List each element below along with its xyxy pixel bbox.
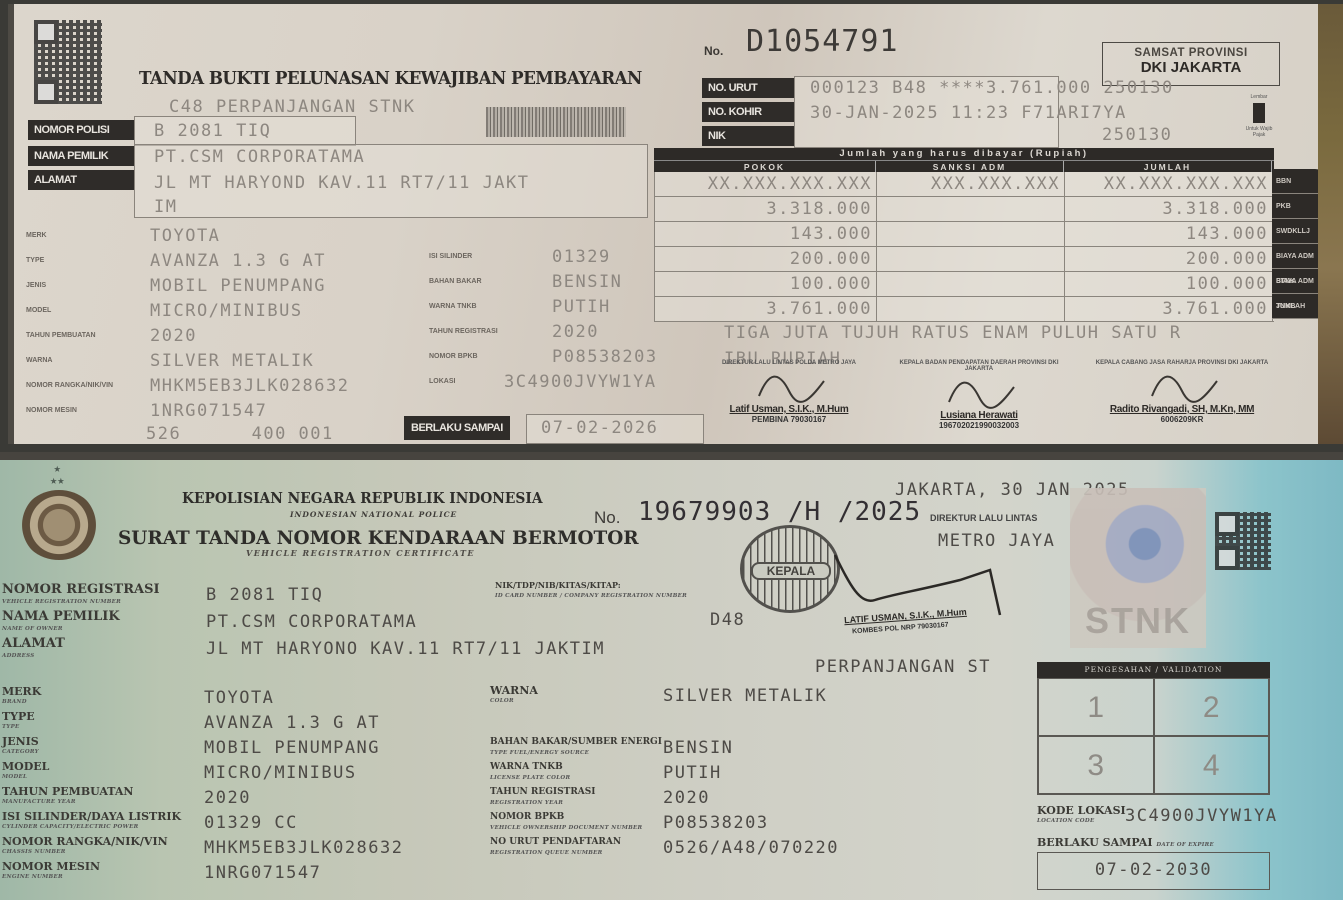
vehicle-label: WARNACOLOR xyxy=(490,685,538,707)
pokok-cell: 3.318.000 xyxy=(655,197,877,221)
col-jumlah: JUMLAH xyxy=(1064,161,1272,172)
hologram-icon: STNK xyxy=(1070,488,1206,648)
vehicle-label: MERKBRAND xyxy=(2,686,41,708)
vehicle-label: TAHUN PEMBUATAN xyxy=(26,332,96,339)
berlaku-sampai-value: 07-02-2026 xyxy=(527,415,703,438)
no-urut-value: 000123 B48 ****3.761.000 250130 xyxy=(810,78,1174,98)
identity-label-text: ALAMAT xyxy=(2,636,65,651)
pokok-cell: 200.000 xyxy=(655,247,877,271)
vehicle-label: MERK xyxy=(26,232,47,239)
stnk-berlaku-value: 07-02-2030 xyxy=(1037,852,1270,890)
vehicle-label-en: CHASSIS NUMBER xyxy=(2,847,168,858)
amount-words-1: TIGA JUTA TUJUH RATUS ENAM PULUH SATU R xyxy=(724,320,1314,346)
perpanjangan-text: PERPANJANGAN ST xyxy=(815,657,991,677)
vehicle-label-en: REGISTRATION QUEUE NUMBER xyxy=(490,848,621,859)
stars-icon: ★★★ xyxy=(50,462,64,486)
vehicle-label: TAHUN PEMBUATANMANUFACTURE YEAR xyxy=(2,786,133,808)
payment-columns: POKOK SANKSI ADM JUMLAH xyxy=(654,160,1274,172)
nik-extra-value: 250130 xyxy=(1102,125,1172,145)
jumlah-cell: 3.318.000 xyxy=(1065,197,1273,221)
vehicle-value: MICRO/MINIBUS xyxy=(204,763,357,783)
identity-value: PT.CSM CORPORATAMA xyxy=(206,612,417,632)
vehicle-label-en: BRAND xyxy=(2,697,41,708)
vehicle-label-en: REGISTRATION YEAR xyxy=(490,798,596,809)
payment-table: Jumlah yang harus dibayar (Rupiah) POKOK… xyxy=(654,148,1274,322)
receipt-subtitle: C48 PERPANJANGAN STNK xyxy=(169,97,415,117)
stnk-org-en: INDONESIAN NATIONAL POLICE xyxy=(290,510,457,519)
vehicle-label-text: NO URUT PENDAFTARAN xyxy=(490,837,621,847)
identity-label: NAMA PEMILIKNAME OF OWNER xyxy=(2,610,120,636)
vehicle-label: WARNA TNKB xyxy=(429,303,477,310)
validation-cell: 1 xyxy=(1038,678,1154,736)
label-nomor-polisi: NOMOR POLISI xyxy=(28,120,134,140)
vehicle-value: SILVER METALIK xyxy=(150,351,314,371)
vehicle-value: MOBIL PENUMPANG xyxy=(204,738,380,758)
signer-name: Radito Rivangadi, SH, M.Kn, MM xyxy=(1082,404,1282,415)
validation-grid: 1234 xyxy=(1037,678,1270,795)
vehicle-label-en: ENGINE NUMBER xyxy=(2,872,100,883)
identity-label-en: NAME OF OWNER xyxy=(2,623,120,636)
vehicle-value: 01329 xyxy=(552,247,611,267)
code-d48: D48 xyxy=(710,610,745,630)
signature-block: KEPALA BADAN PENDAPATAN DAERAH PROVINSI … xyxy=(894,360,1064,430)
jumlah-cell: 100.000 xyxy=(1065,272,1273,296)
vehicle-label: TYPETYPE xyxy=(2,711,35,733)
sanksi-cell xyxy=(877,272,1065,296)
row-code: JUMLAH xyxy=(1272,294,1327,319)
vehicle-label: NOMOR BPKBVEHICLE OWNERSHIP DOCUMENT NUM… xyxy=(490,812,642,834)
berlaku-sampai-label: BERLAKU SAMPAI xyxy=(404,416,510,440)
official-stamp-icon: KEPALA xyxy=(740,525,840,613)
stnk-berlaku-label-text: BERLAKU SAMPAI xyxy=(1037,836,1153,849)
pokok-cell: 143.000 xyxy=(655,222,877,246)
vehicle-label: WARNA TNKBLICENSE PLATE COLOR xyxy=(490,762,570,784)
nik-label: NIK/TDP/NIB/KITAS/KITAP: ID CARD NUMBER … xyxy=(495,580,687,602)
vehicle-label: TAHUN REGISTRASIREGISTRATION YEAR xyxy=(490,787,596,809)
sanksi-cell xyxy=(877,247,1065,271)
pokok-cell: 3.761.000 xyxy=(655,297,877,321)
vehicle-label: NOMOR MESINENGINE NUMBER xyxy=(2,861,100,883)
payment-row: 200.000200.000 xyxy=(654,247,1274,272)
alamat-value-2: IM xyxy=(154,197,177,217)
lembar-label: Lembar xyxy=(1244,94,1274,100)
signer-id: PEMBINA 79030167 xyxy=(704,415,874,424)
berlaku-sampai-box: 07-02-2026 xyxy=(526,414,704,444)
row-code: BIAYA ADM TNKB xyxy=(1272,269,1327,294)
vehicle-label-en: TYPE FUEL/ENERGY SOURCE xyxy=(490,748,662,759)
vehicle-label-en: MANUFACTURE YEAR xyxy=(2,797,133,808)
payment-row: XX.XXX.XXX.XXXXXX.XXX.XXXXX.XXX.XXX.XXX xyxy=(654,172,1274,197)
vehicle-value: AVANZA 1.3 G AT xyxy=(204,713,380,733)
payment-receipt-tbpkp: TANDA BUKTI PELUNASAN KEWAJIBAN PEMBAYAR… xyxy=(8,4,1318,444)
validation-cell: 2 xyxy=(1154,678,1270,736)
vehicle-label: BAHAN BAKAR/SUMBER ENERGITYPE FUEL/ENERG… xyxy=(490,737,662,759)
identity-label-en: VEHICLE REGISTRATION NUMBER xyxy=(2,596,160,609)
vehicle-value: PUTIH xyxy=(663,763,722,783)
identity-value: JL MT HARYONO KAV.11 RT7/11 JAKTIM xyxy=(206,639,605,659)
col-sanksi: SANKSI ADM xyxy=(876,161,1064,172)
vehicle-label: TYPE xyxy=(26,257,44,264)
payment-row-codes: BBNPKBSWDKLLJBIAYA ADM STNKBIAYA ADM TNK… xyxy=(1272,169,1327,319)
doc-no-label: No. xyxy=(704,44,723,58)
signature-icon xyxy=(894,372,1064,410)
sanksi-cell xyxy=(877,297,1065,321)
jumlah-cell: 3.761.000 xyxy=(1065,297,1273,321)
vehicle-label-en: TYPE xyxy=(2,722,35,733)
vehicle-label: MODEL xyxy=(26,307,51,314)
nama-pemilik-value: PT.CSM CORPORATAMA xyxy=(154,147,365,167)
validation-cell: 4 xyxy=(1154,736,1270,794)
vehicle-label-text: TAHUN REGISTRASI xyxy=(490,787,596,797)
payment-row: 3.761.0003.761.000 xyxy=(654,297,1274,322)
sanksi-cell: XXX.XXX.XXX xyxy=(877,172,1065,196)
receipt-title: TANDA BUKTI PELUNASAN KEWAJIBAN PEMBAYAR… xyxy=(139,68,642,89)
vehicle-label-en: CYLINDER CAPACITY/ELECTRIC POWER xyxy=(2,822,181,833)
nomor-polisi-value: B 2081 TIQ xyxy=(154,121,271,141)
vehicle-label-en: LICENSE PLATE COLOR xyxy=(490,773,570,784)
hologram-text: STNK xyxy=(1070,600,1206,642)
vehicle-value: BENSIN xyxy=(552,272,622,292)
vehicle-label: NO URUT PENDAFTARANREGISTRATION QUEUE NU… xyxy=(490,837,621,859)
vehicle-value: 2020 xyxy=(663,788,710,808)
signature-block: KEPALA CABANG JASA RAHARJA PROVINSI DKI … xyxy=(1082,360,1282,424)
signature-icon xyxy=(704,366,874,404)
label-nik: NIK xyxy=(702,126,794,146)
extra-line: 526 400 001 xyxy=(146,424,334,444)
barcode-icon xyxy=(486,107,626,137)
vehicle-value: TOYOTA xyxy=(204,688,274,708)
identity-value: B 2081 TIQ xyxy=(206,585,323,605)
vehicle-label: WARNA xyxy=(26,357,52,364)
label-no-kohir: NO. KOHIR xyxy=(702,102,794,122)
vehicle-label: LOKASI xyxy=(429,378,455,385)
vehicle-label: NOMOR RANGKA/NIK/VIN xyxy=(26,382,113,389)
vehicle-label: NOMOR MESIN xyxy=(26,407,77,414)
vehicle-label-text: NOMOR BPKB xyxy=(490,812,564,822)
label-nama-pemilik: NAMA PEMILIK xyxy=(28,146,134,166)
vehicle-label: ISI SILINDER/DAYA LISTRIKCYLINDER CAPACI… xyxy=(2,811,181,833)
stnk-no-label: No. xyxy=(594,508,620,528)
nik-label-en: ID CARD NUMBER / COMPANY REGISTRATION NU… xyxy=(495,591,687,602)
vehicle-label: JENIS xyxy=(26,282,46,289)
vehicle-value: MHKM5EB3JLK028632 xyxy=(204,838,404,858)
stnk-title-en: VEHICLE REGISTRATION CERTIFICATE xyxy=(246,548,475,558)
no-kohir-value: 30-JAN-2025 11:23 F71ARI7YA xyxy=(810,103,1127,123)
pokok-cell: XX.XXX.XXX.XXX xyxy=(655,172,877,196)
jumlah-cell: 143.000 xyxy=(1065,222,1273,246)
vehicle-value: P08538203 xyxy=(663,813,769,833)
vehicle-value: AVANZA 1.3 G AT xyxy=(150,251,326,271)
doc-no: D1054791 xyxy=(746,24,899,59)
pokok-cell: 100.000 xyxy=(655,272,877,296)
signer-id: 196702021990032003 xyxy=(894,421,1064,430)
identity-label: NOMOR REGISTRASIVEHICLE REGISTRATION NUM… xyxy=(2,583,160,609)
vehicle-label: NOMOR RANGKA/NIK/VINCHASSIS NUMBER xyxy=(2,836,168,858)
vehicle-label: TAHUN REGISTRASI xyxy=(429,328,498,335)
vehicle-label-en: CATEGORY xyxy=(2,747,39,758)
vehicle-label: MODELMODEL xyxy=(2,761,49,783)
stnk-berlaku-label-en: DATE OF EXPIRE xyxy=(1156,842,1214,848)
vehicle-value: 2020 xyxy=(150,326,197,346)
qr-code-icon xyxy=(34,20,102,104)
row-code: SWDKLLJ xyxy=(1272,219,1327,244)
sanksi-cell xyxy=(877,197,1065,221)
samsat-line-1: SAMSAT PROVINSI xyxy=(1103,43,1279,59)
kode-lokasi-label: KODE LOKASI LOCATION CODE xyxy=(1037,805,1126,827)
alamat-value-1: JL MT HARYOND KAV.11 RT7/11 JAKT xyxy=(154,173,530,193)
vehicle-label: ISI SILINDER xyxy=(429,253,472,260)
stnk-berlaku-label: BERLAKU SAMPAI DATE OF EXPIRE xyxy=(1037,837,1214,851)
vehicle-value: MHKM5EB3JLK028632 xyxy=(150,376,350,396)
vehicle-value: PUTIH xyxy=(552,297,611,317)
validation-header: PENGESAHAN / VALIDATION xyxy=(1037,662,1270,678)
col-pokok: POKOK xyxy=(654,161,876,172)
payment-rows: XX.XXX.XXX.XXXXXX.XXX.XXXXX.XXX.XXX.XXX3… xyxy=(654,172,1274,322)
jumlah-cell: 200.000 xyxy=(1065,247,1273,271)
vehicle-value: MICRO/MINIBUS xyxy=(150,301,303,321)
row-code: BBN xyxy=(1272,169,1327,194)
signature-icon xyxy=(1082,366,1282,404)
vehicle-value: 2020 xyxy=(552,322,599,342)
vehicle-value: BENSIN xyxy=(663,738,733,758)
vehicle-label-en: COLOR xyxy=(490,696,538,707)
identity-label-en: ADDRESS xyxy=(2,650,65,663)
nik-label-text: NIK/TDP/NIB/KITAS/KITAP: xyxy=(495,580,621,590)
signature-block: DIREKTUR LALU LINTAS POLDA METRO JAYALat… xyxy=(704,360,874,424)
row-code: PKB xyxy=(1272,194,1327,219)
vehicle-label-text: BAHAN BAKAR/SUMBER ENERGI xyxy=(490,737,662,747)
signer-name: Lusiana Herawati xyxy=(894,410,1064,421)
vehicle-value: 01329 CC xyxy=(204,813,298,833)
samsat-line-2: DKI JAKARTA xyxy=(1103,59,1279,76)
vehicle-label-en: VEHICLE OWNERSHIP DOCUMENT NUMBER xyxy=(490,823,642,834)
vehicle-label: JENISCATEGORY xyxy=(2,736,39,758)
vehicle-label-text: WARNA TNKB xyxy=(490,762,563,772)
vehicle-label: NOMOR BPKB xyxy=(429,353,478,360)
kode-lokasi-value: 3C4900JVYW1YA xyxy=(1125,806,1278,826)
vehicle-value: 3C4900JVYW1YA xyxy=(504,372,657,392)
payment-row: 100.000100.000 xyxy=(654,272,1274,297)
vehicle-value: 0526/A48/070220 xyxy=(663,838,839,858)
validation-cell: 3 xyxy=(1038,736,1154,794)
label-no-urut: NO. URUT xyxy=(702,78,794,98)
vehicle-label-en: MODEL xyxy=(2,772,49,783)
payment-row: 3.318.0003.318.000 xyxy=(654,197,1274,222)
police-emblem-icon xyxy=(20,490,98,560)
payment-table-header: Jumlah yang harus dibayar (Rupiah) xyxy=(654,148,1274,160)
kode-lokasi-label-en: LOCATION CODE xyxy=(1037,816,1126,827)
vehicle-value: 1NRG071547 xyxy=(150,401,267,421)
stnk-no: 19679903 /H /2025 xyxy=(638,497,921,527)
validation-box: PENGESAHAN / VALIDATION 1234 xyxy=(1037,662,1270,795)
stamp-text: KEPALA xyxy=(751,562,831,580)
vehicle-value: MOBIL PENUMPANG xyxy=(150,276,326,296)
vehicle-value: SILVER METALIK xyxy=(663,686,827,706)
signer-id: 6006209KR xyxy=(1082,415,1282,424)
payment-row: 143.000143.000 xyxy=(654,222,1274,247)
lembar-footer: Untuk Wajib Pajak xyxy=(1244,126,1274,138)
identity-label-text: NAMA PEMILIK xyxy=(2,609,120,624)
row-code: BIAYA ADM STNK xyxy=(1272,244,1327,269)
lembar-mark xyxy=(1253,103,1265,123)
signer-name: Latif Usman, S.I.K., M.Hum xyxy=(704,404,874,415)
identity-label: ALAMATADDRESS xyxy=(2,637,65,663)
jumlah-cell: XX.XXX.XXX.XXX xyxy=(1065,172,1273,196)
qr-code-icon xyxy=(1215,512,1271,570)
vehicle-label: BAHAN BAKAR xyxy=(429,278,482,285)
stnk-title: SURAT TANDA NOMOR KENDARAAN BERMOTOR xyxy=(118,527,639,549)
vehicle-value: 2020 xyxy=(204,788,251,808)
issuer-title: DIREKTUR LALU LINTAS xyxy=(930,513,1037,523)
stnk-org: KEPOLISIAN NEGARA REPUBLIK INDONESIA xyxy=(182,489,543,507)
label-alamat: ALAMAT xyxy=(28,170,134,190)
lembar-indicator: Lembar Untuk Wajib Pajak xyxy=(1244,94,1274,144)
vehicle-value: P08538203 xyxy=(552,347,658,367)
identity-label-text: NOMOR REGISTRASI xyxy=(2,582,160,597)
vehicle-value: 1NRG071547 xyxy=(204,863,321,883)
signer-role: KEPALA BADAN PENDAPATAN DAERAH PROVINSI … xyxy=(894,360,1064,372)
sanksi-cell xyxy=(877,222,1065,246)
vehicle-value: TOYOTA xyxy=(150,226,220,246)
